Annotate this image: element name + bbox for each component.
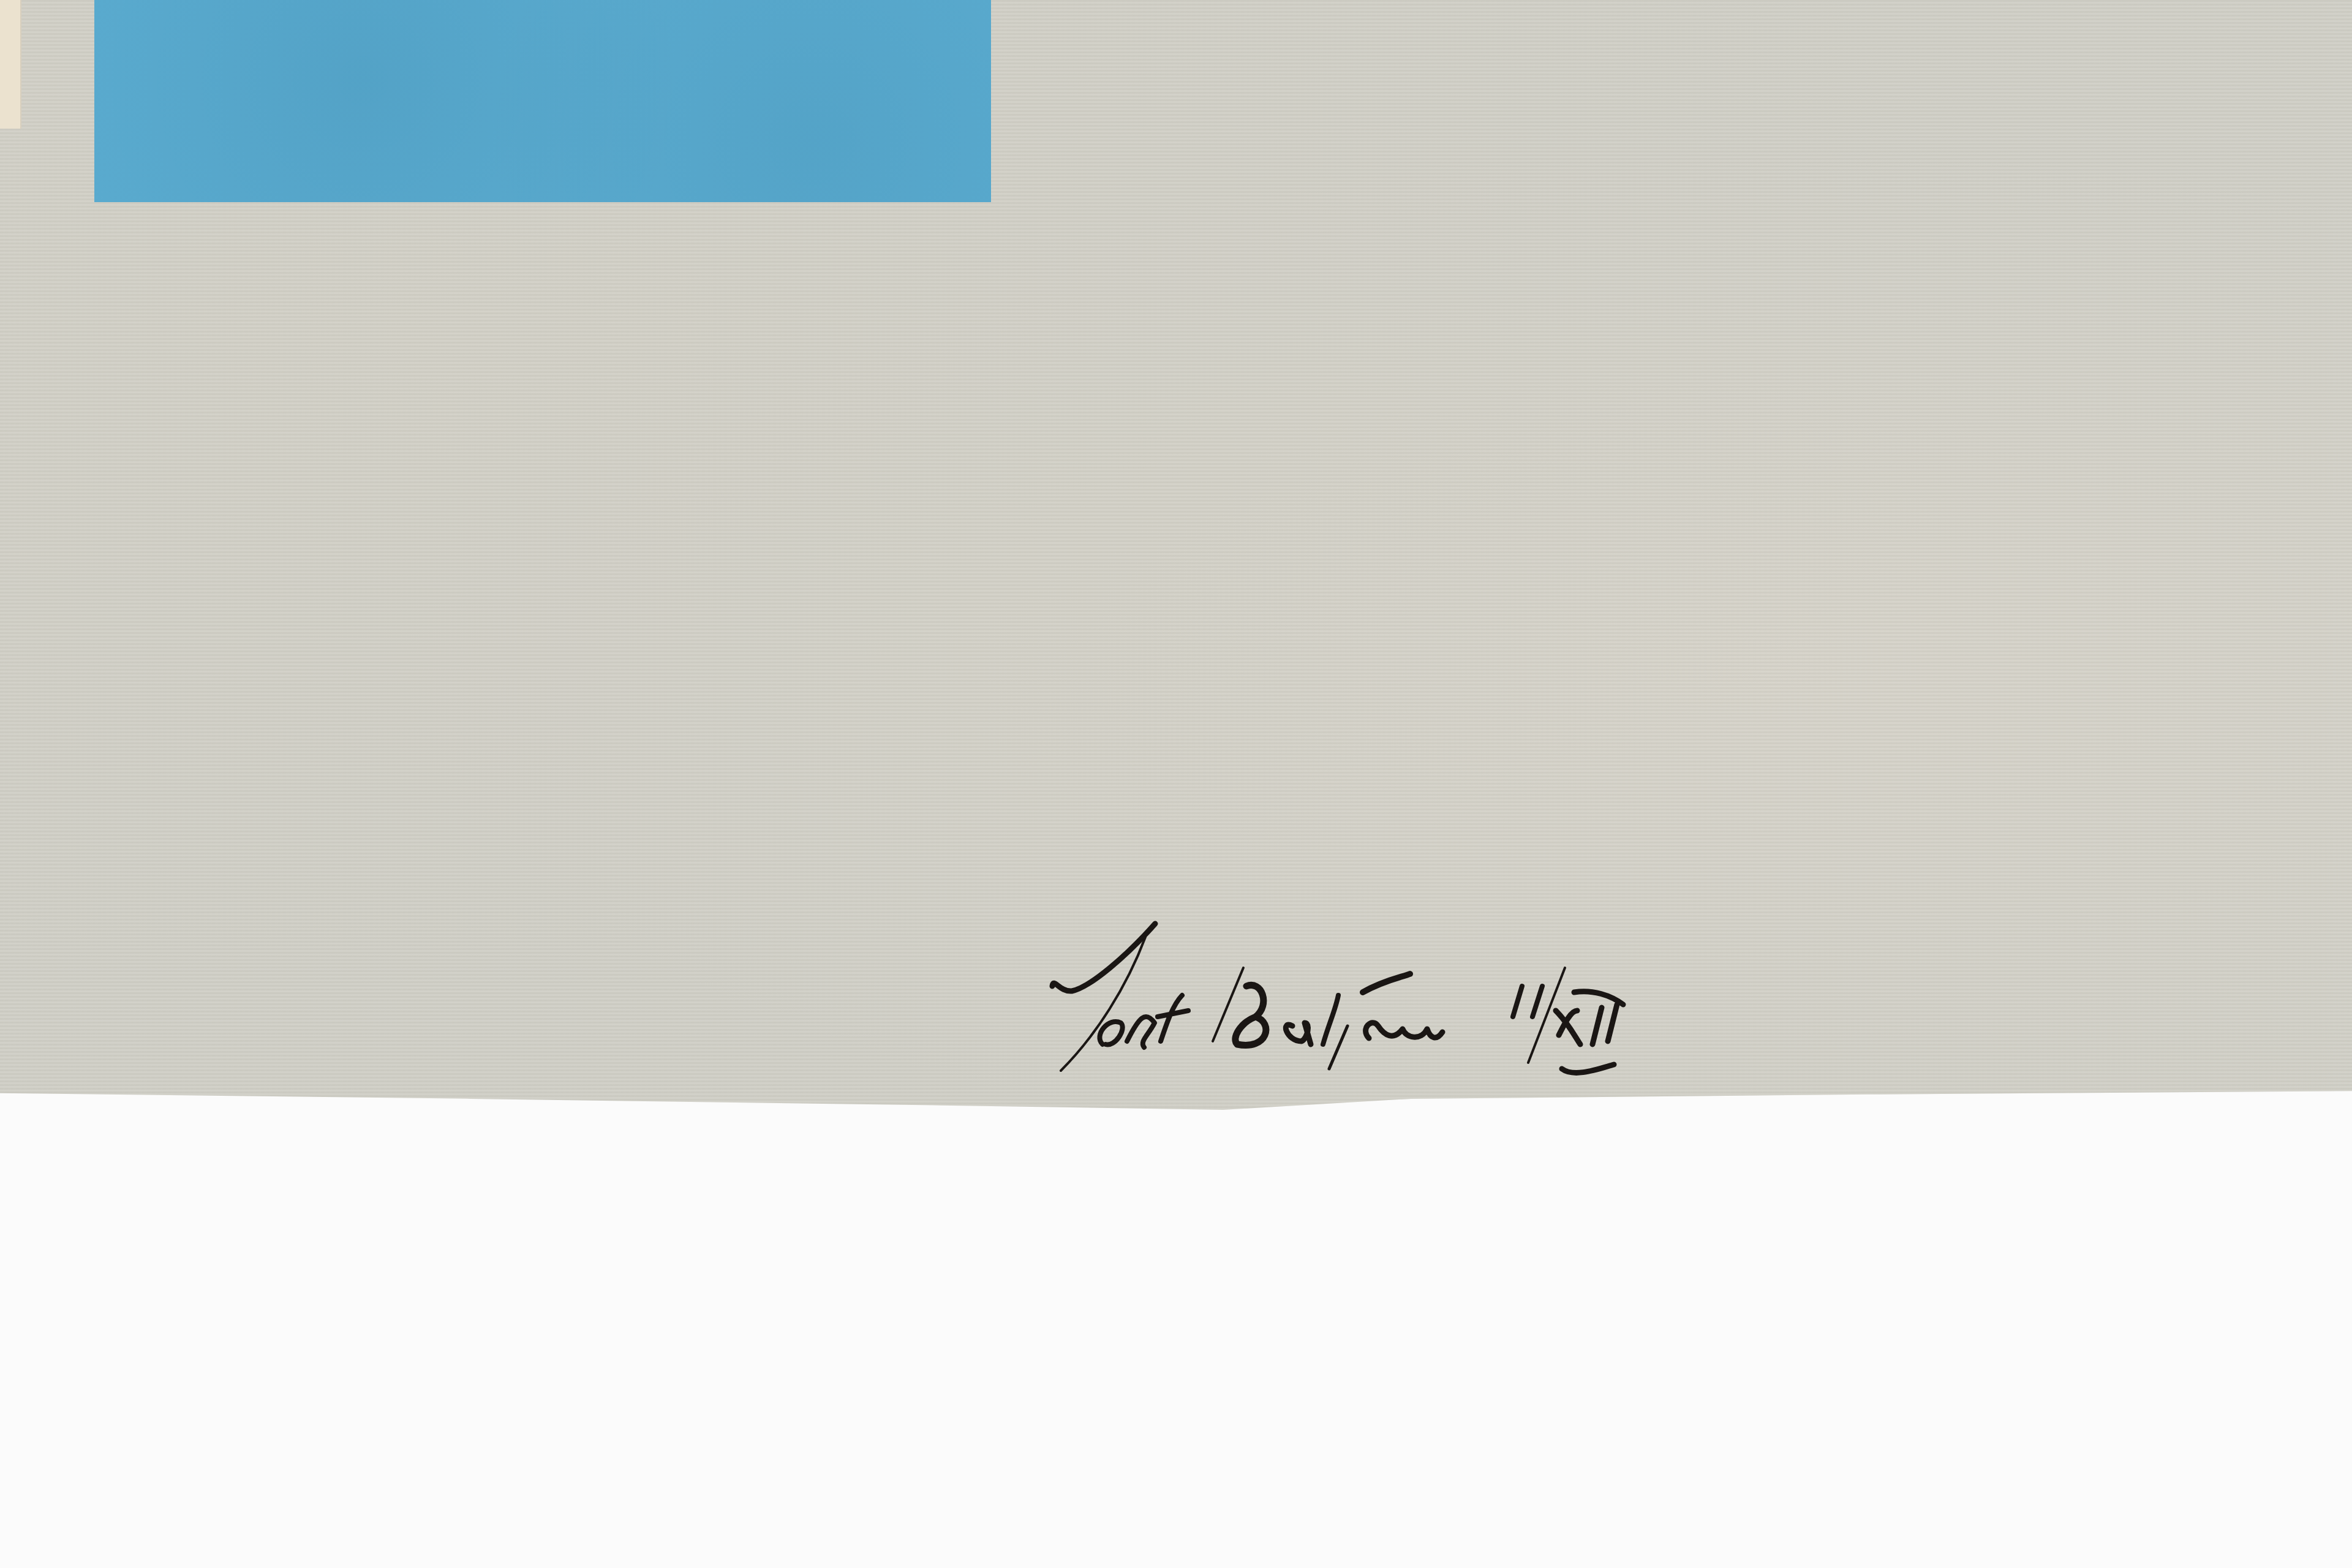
cream-paper-strip bbox=[0, 0, 21, 129]
artist-signature: Joost Baljeu II/XII bbox=[1035, 919, 1721, 1084]
white-backdrop bbox=[0, 1110, 2352, 1568]
blue-color-block bbox=[94, 0, 991, 202]
artwork-paper: Joost Baljeu II/XII bbox=[0, 0, 2352, 1110]
signature-strokes-icon bbox=[1035, 919, 1721, 1084]
